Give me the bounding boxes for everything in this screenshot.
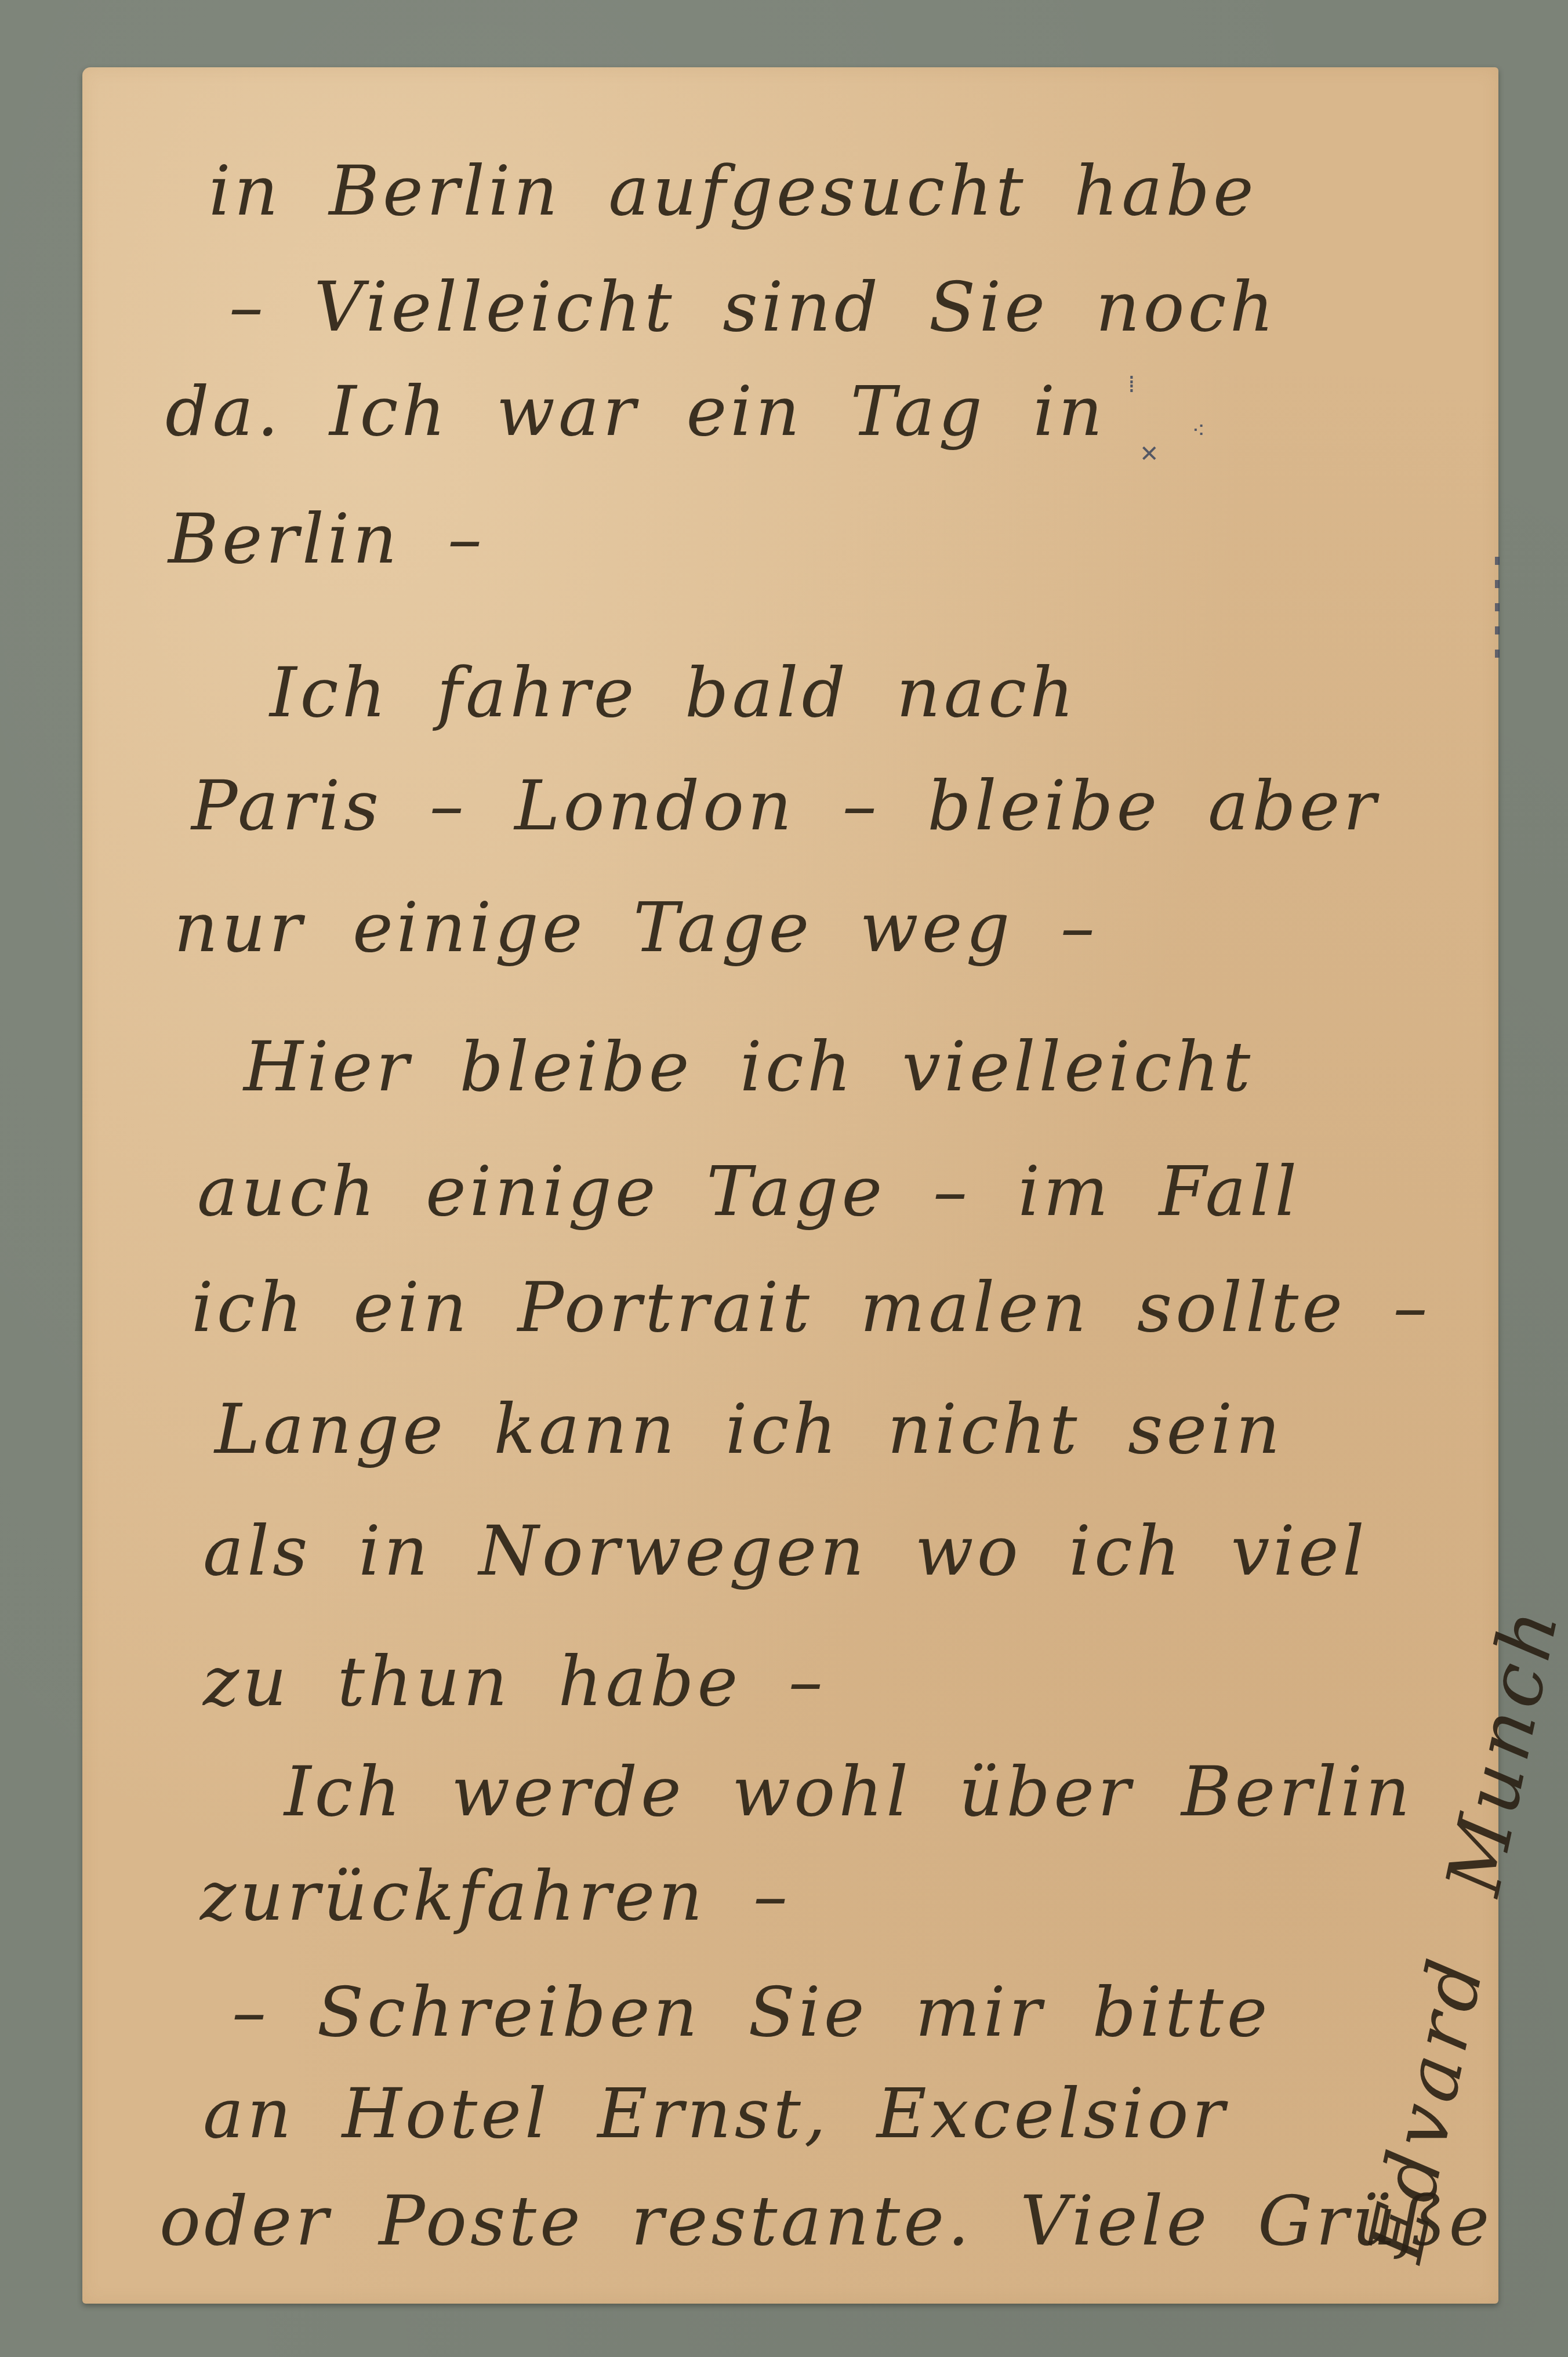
handwritten-line-10: ich ein Portrait malen sollte –: [191, 1273, 1431, 1341]
handwritten-line-2: – Vielleicht sind Sie noch: [229, 273, 1277, 341]
handwritten-line-16: – Schreiben Sie mir bitte: [232, 1978, 1271, 2046]
handwritten-line-13: zu thun habe –: [203, 1647, 826, 1716]
postmark-edge-trace: [1495, 557, 1500, 673]
handwritten-line-5: Ich fahre bald nach: [270, 658, 1077, 727]
handwritten-line-9: auch einige Tage – im Fall: [197, 1157, 1300, 1225]
handwritten-line-12: als in Norwegen wo ich viel: [203, 1517, 1368, 1585]
handwritten-line-11: Lange kann ich nicht sein: [215, 1395, 1283, 1463]
postmark-trace: ⁖: [1192, 418, 1205, 444]
postmark-trace: ⁞: [1128, 371, 1135, 398]
handwritten-line-18: oder Poste restante. Viele Grüße: [159, 2186, 1493, 2255]
handwritten-line-3: da. Ich war ein Tag in: [165, 377, 1106, 445]
handwritten-line-4: Berlin –: [168, 505, 485, 573]
handwritten-line-1: in Berlin aufgesucht habe: [209, 157, 1257, 225]
handwritten-line-14: Ich werde wohl über Berlin: [284, 1757, 1413, 1826]
handwritten-line-17: an Hotel Ernst, Excelsior: [203, 2079, 1228, 2148]
handwritten-line-8: Hier bleibe ich vielleicht: [244, 1032, 1254, 1101]
postmark-trace: ✕: [1139, 441, 1159, 467]
handwritten-line-6: Paris – London – bleibe aber: [191, 771, 1380, 840]
handwritten-line-15: zurückfahren –: [200, 1862, 791, 1930]
handwritten-line-7: nur einige Tage weg –: [174, 893, 1098, 962]
